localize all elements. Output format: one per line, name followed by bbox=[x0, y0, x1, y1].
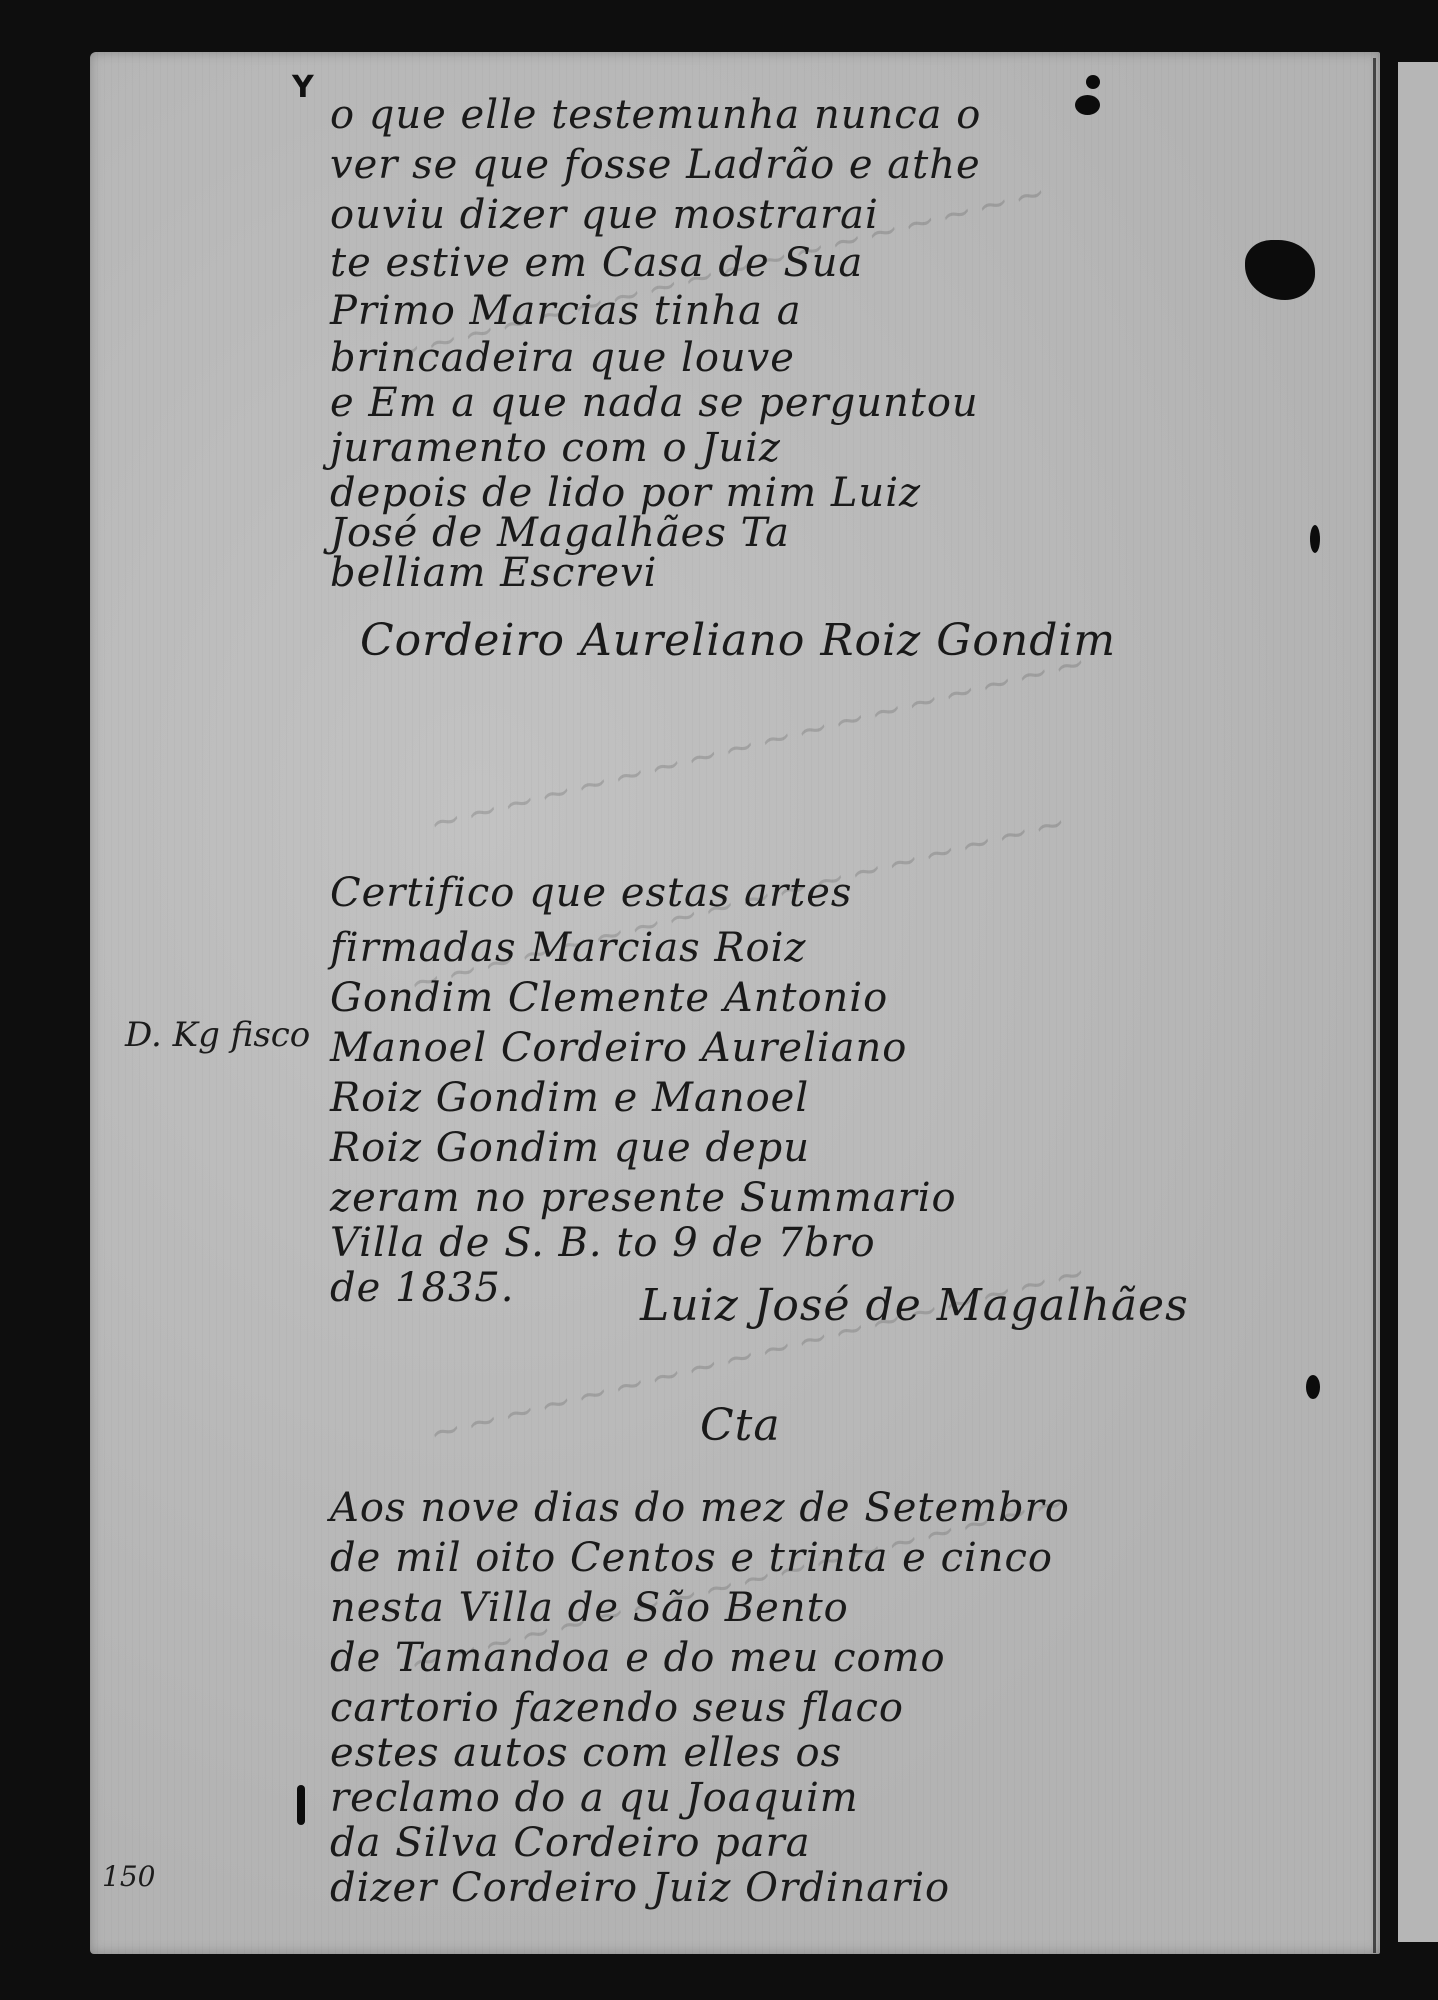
text-line: reclamo do a qu Joaquim bbox=[330, 1775, 859, 1821]
text-line: ver se que fosse Ladrão e athe bbox=[330, 142, 981, 188]
text-line: firmadas Marcias Roiz bbox=[330, 925, 806, 971]
margin-note: 150 bbox=[102, 1860, 155, 1893]
text-line: juramento com o Juiz bbox=[330, 425, 781, 471]
text-line: Villa de S. B. to 9 de 7bro bbox=[330, 1220, 876, 1266]
text-line: Certifico que estas artes bbox=[330, 870, 852, 916]
text-line: ouviu dizer que mostrarai bbox=[330, 192, 879, 238]
signature: Cordeiro Aureliano Roiz Gondim bbox=[360, 615, 1116, 666]
ink-blot bbox=[1075, 95, 1100, 115]
text-line: belliam Escrevi bbox=[330, 550, 657, 596]
text-line: zeram no presente Summario bbox=[330, 1175, 957, 1221]
text-line: de 1835. bbox=[330, 1265, 515, 1311]
text-line: Roiz Gondim e Manoel bbox=[330, 1075, 809, 1121]
text-line: Gondim Clemente Antonio bbox=[330, 975, 888, 1021]
text-line: brincadeira que louve bbox=[330, 335, 795, 381]
margin-note: D. Kg fisco bbox=[125, 1015, 310, 1055]
adjacent-page-edge bbox=[1398, 62, 1438, 1942]
text-line: cartorio fazendo seus flaco bbox=[330, 1685, 904, 1731]
text-line: Aos nove dias do mez de Setembro bbox=[330, 1485, 1070, 1531]
text-line: Manoel Cordeiro Aureliano bbox=[330, 1025, 907, 1071]
text-line: dizer Cordeiro Juiz Ordinario bbox=[330, 1865, 950, 1911]
text-line: Primo Marcias tinha a bbox=[330, 288, 802, 334]
text-line: te estive em Casa de Sua bbox=[330, 240, 863, 286]
text-line: e Em a que nada se perguntou bbox=[330, 380, 979, 426]
ink-blot bbox=[1310, 525, 1320, 553]
text-line: Roiz Gondim que depu bbox=[330, 1125, 810, 1171]
corner-mark: Y bbox=[292, 70, 314, 105]
text-line: estes autos com elles os bbox=[330, 1730, 842, 1776]
ink-blot bbox=[1086, 75, 1100, 89]
text-line: da Silva Cordeiro para bbox=[330, 1820, 811, 1866]
section-heading: Cta bbox=[700, 1400, 781, 1451]
ink-blot bbox=[297, 1785, 305, 1825]
ink-blot bbox=[1306, 1375, 1320, 1399]
text-line: nesta Villa de São Bento bbox=[330, 1585, 849, 1631]
signature: Luiz José de Magalhães bbox=[640, 1280, 1189, 1331]
text-line: o que elle testemunha nunca o bbox=[330, 92, 981, 138]
text-line: de Tamandoa e do meu como bbox=[330, 1635, 946, 1681]
text-line: de mil oito Centos e trinta e cinco bbox=[330, 1535, 1053, 1581]
page-fold-line bbox=[1373, 58, 1376, 1953]
